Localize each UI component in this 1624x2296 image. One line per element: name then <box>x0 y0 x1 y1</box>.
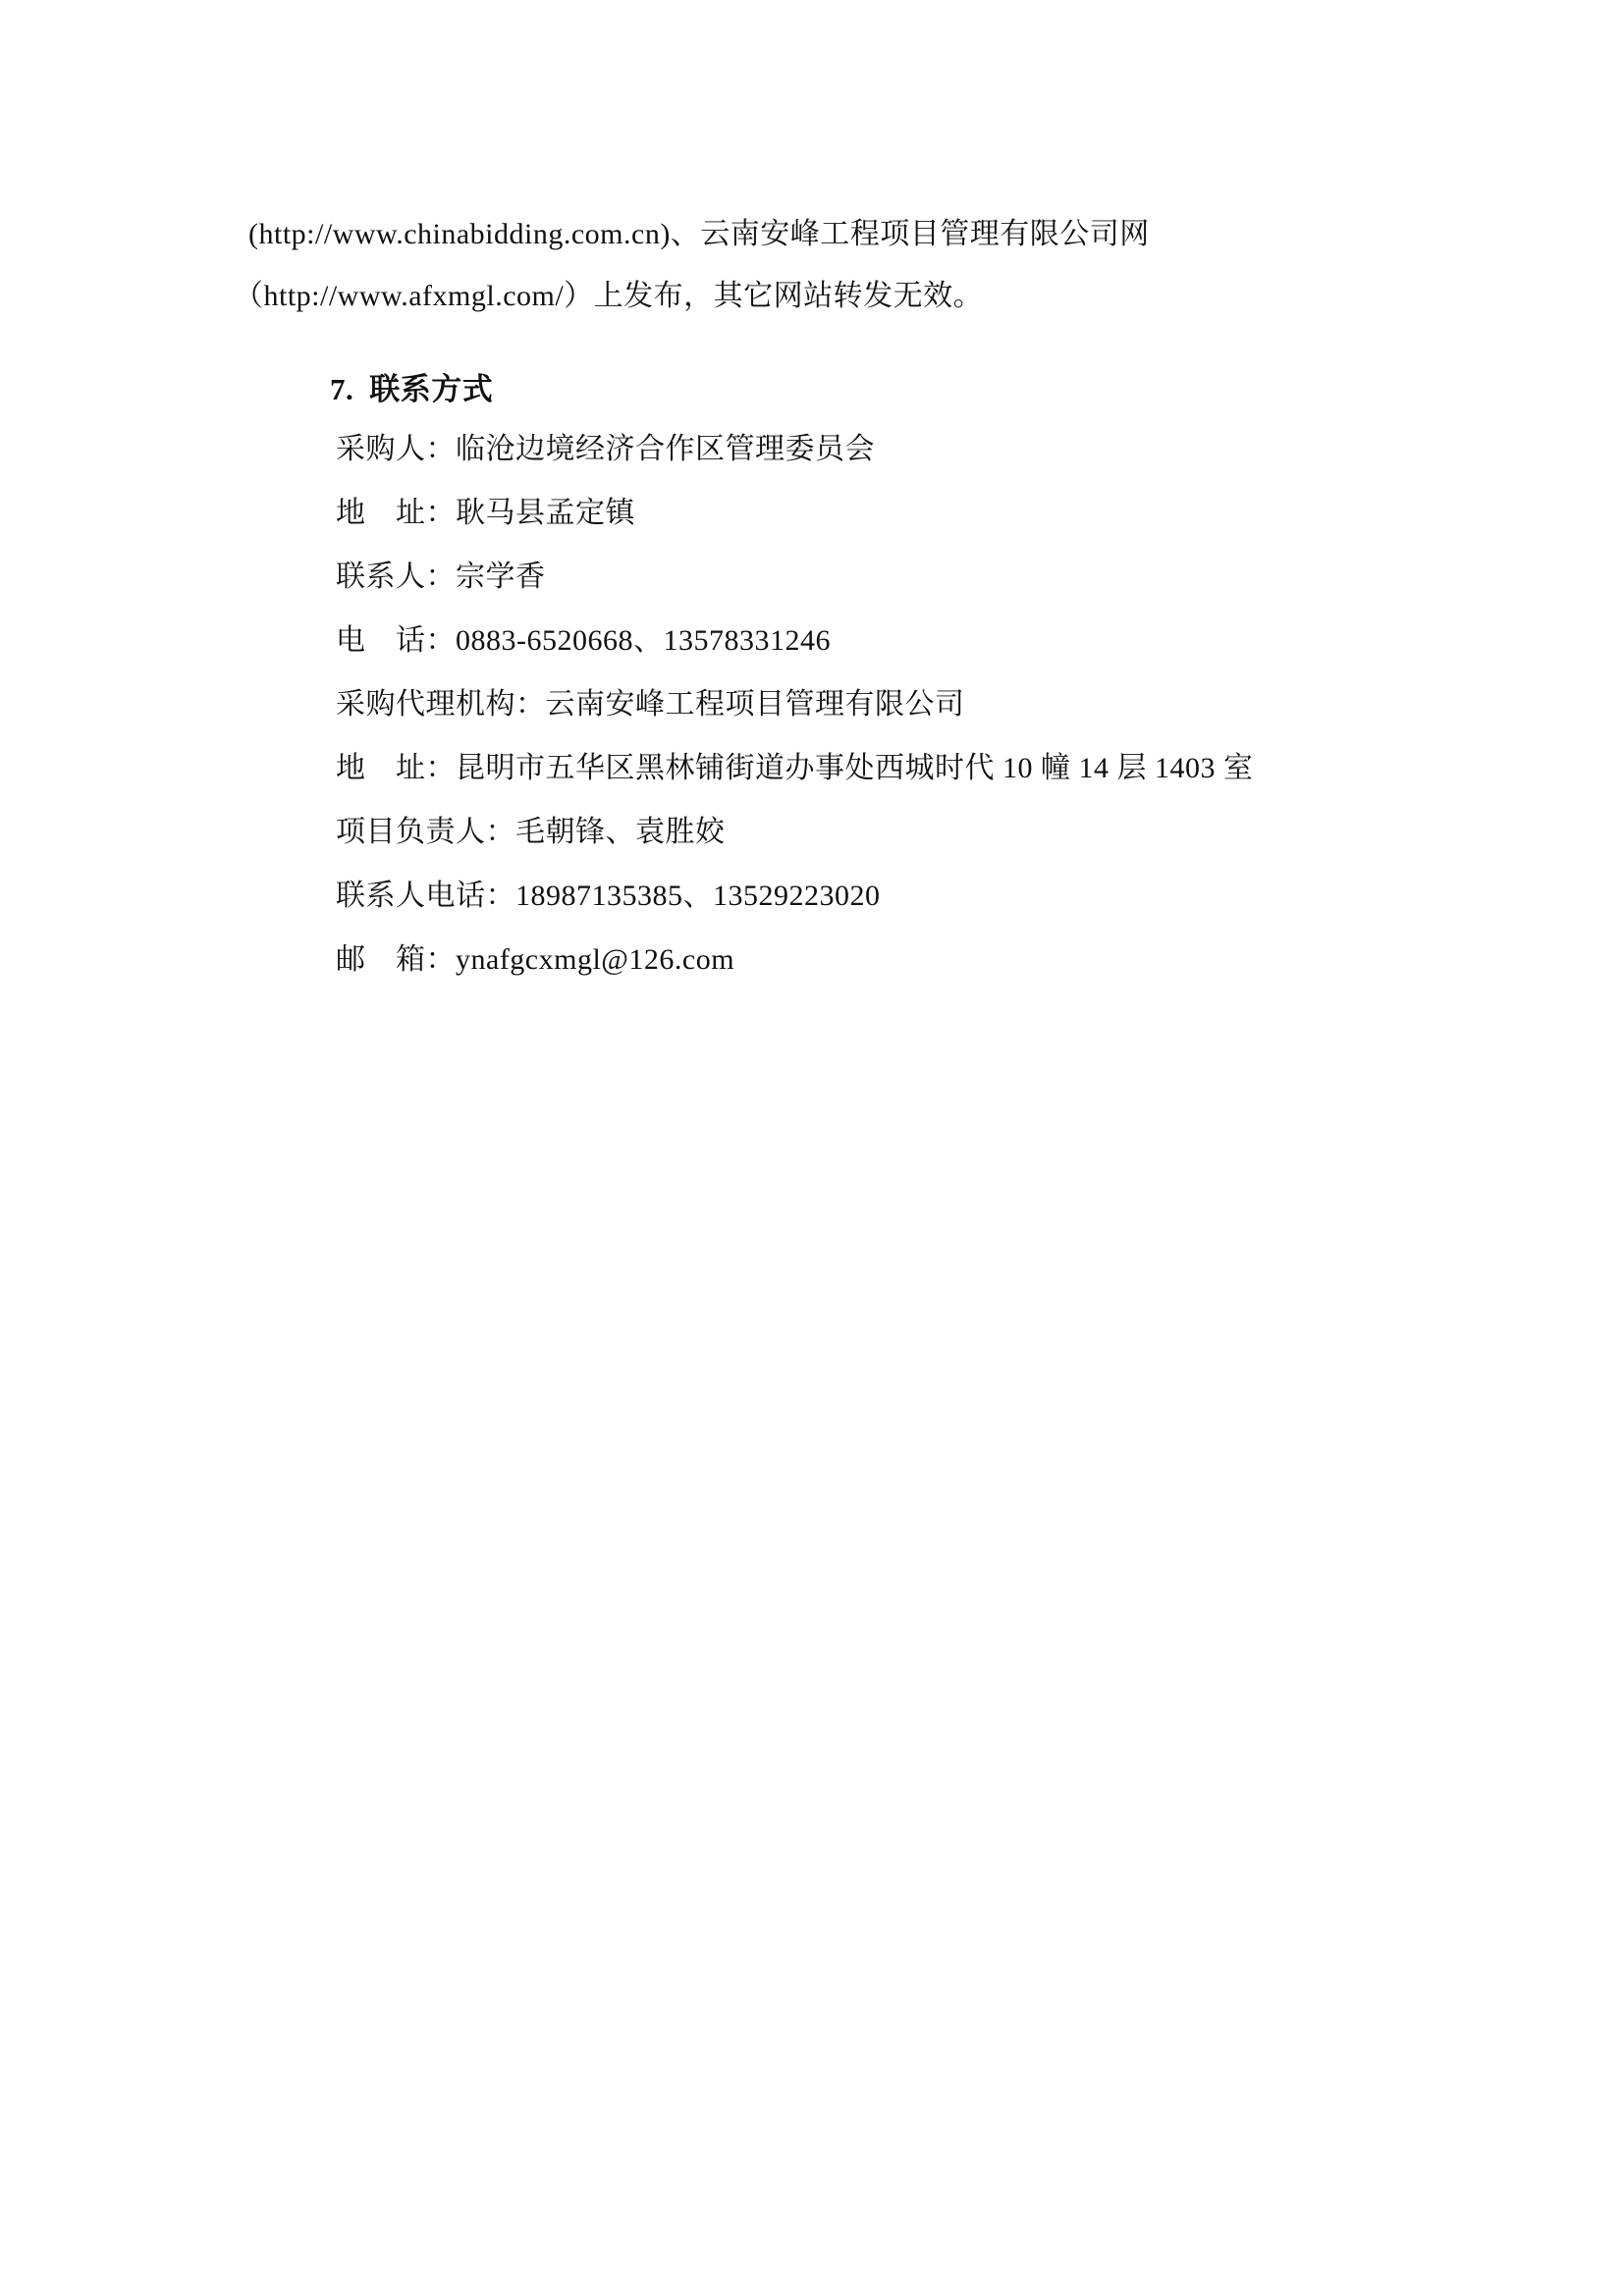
contact-value: 18987135385、13529223020 <box>515 880 881 912</box>
contact-value: ynafgcxmgl@126.com <box>456 943 734 976</box>
document-page: (http://www.chinabidding.com.cn)、云南安峰工程项… <box>0 0 1624 2296</box>
contact-value: 0883-6520668、13578331246 <box>456 624 831 657</box>
section-number: 7. <box>330 372 353 406</box>
contact-label: 项目负责人： <box>336 816 515 848</box>
contact-label: 电 话： <box>336 624 456 657</box>
contact-value: 宗学香 <box>456 561 546 593</box>
contact-value: 临沧边境经济合作区管理委员会 <box>456 433 875 465</box>
contact-value: 耿马县孟定镇 <box>456 497 635 529</box>
section-title: 联系方式 <box>369 372 493 406</box>
contact-value: 昆明市五华区黑林铺街道办事处西城时代 10 幢 14 层 1403 室 <box>456 752 1254 784</box>
contact-label: 邮 箱： <box>336 943 456 976</box>
contact-row-email: 邮 箱：ynafgcxmgl@126.com <box>304 916 734 1004</box>
contact-label: 地 址： <box>336 497 456 529</box>
contact-label: 联系人电话： <box>336 880 515 912</box>
contact-label: 采购代理机构： <box>336 688 546 721</box>
intro-paragraph-line-2: （http://www.afxmgl.com/）上发布，其它网站转发无效。 <box>234 282 983 311</box>
contact-value: 云南安峰工程项目管理有限公司 <box>546 688 965 721</box>
contact-value: 毛朝锋、袁胜姣 <box>515 816 726 848</box>
intro-paragraph-line-1: (http://www.chinabidding.com.cn)、云南安峰工程项… <box>248 220 1150 249</box>
contact-label: 采购人： <box>336 433 456 465</box>
contact-label: 地 址： <box>336 752 456 784</box>
contact-label: 联系人： <box>336 561 456 593</box>
